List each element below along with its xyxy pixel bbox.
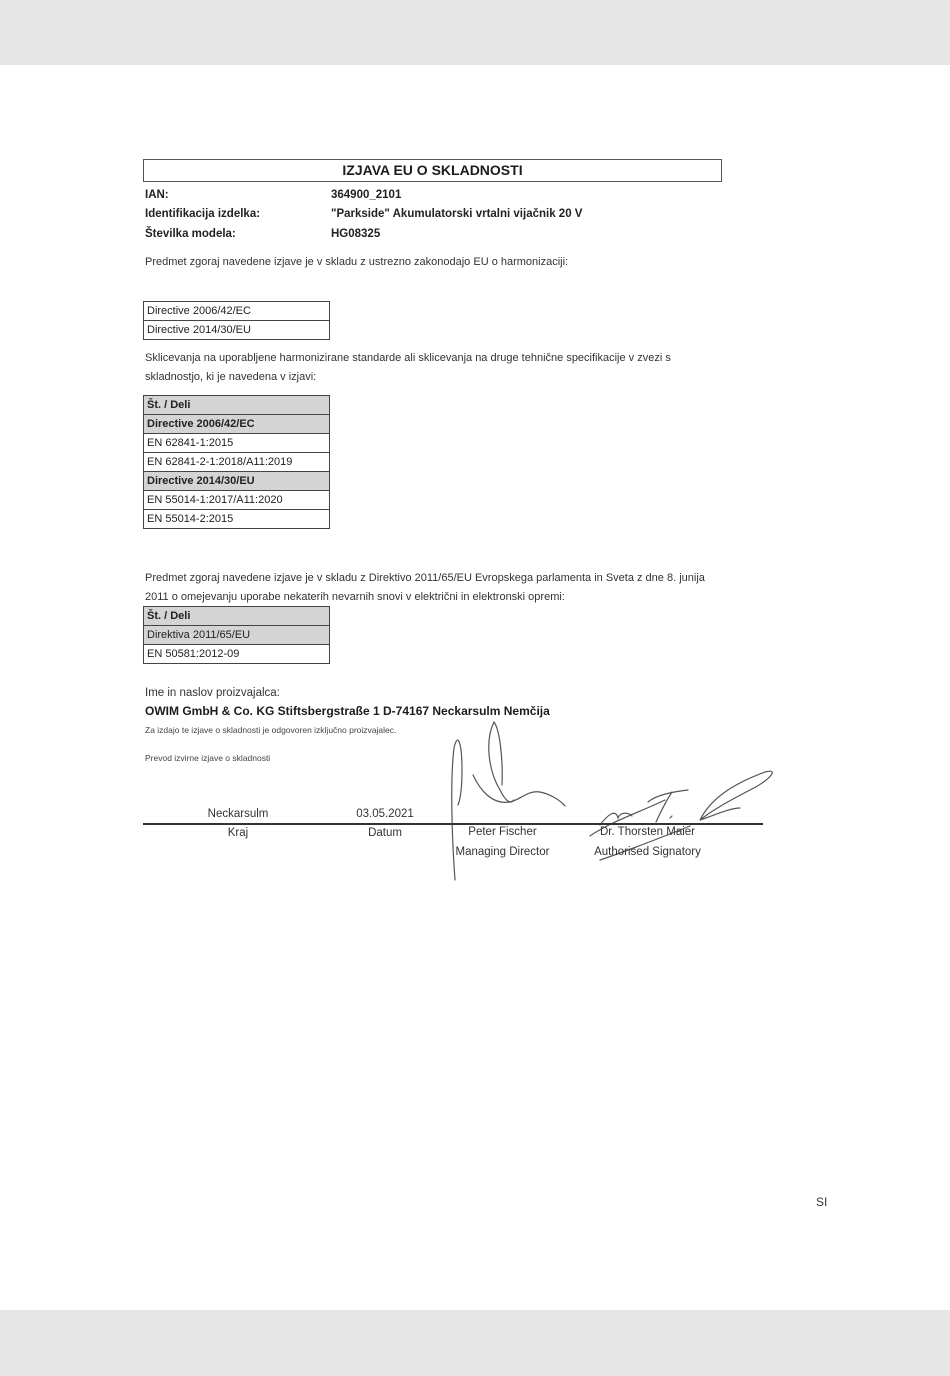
table-section-cell: Directive 2014/30/EU <box>144 472 330 491</box>
rohs-table: Št. / DeliDirektiva 2011/65/EUEN 50581:2… <box>143 606 330 664</box>
document-page <box>0 65 950 1310</box>
viewer-top-band <box>0 0 950 65</box>
signer1-role: Managing Director <box>440 846 565 858</box>
product-id-label: Identifikacija izdelka: <box>145 208 260 220</box>
manufacturer-label: Ime in naslov proizvajalca: <box>145 687 280 699</box>
place-value: Neckarsulm <box>178 808 298 820</box>
table-header-cell: Št. / Deli <box>144 396 330 415</box>
table-cell: EN 55014-2:2015 <box>144 510 330 529</box>
ian-value: 364900_2101 <box>331 189 401 201</box>
viewer-bottom-band <box>0 1310 950 1376</box>
table-section-cell: Direktiva 2011/65/EU <box>144 626 330 645</box>
responsibility-note: Za izdajo te izjave o skladnosti je odgo… <box>145 725 396 735</box>
signer1-name: Peter Fischer <box>440 826 565 838</box>
signature-line <box>143 823 763 825</box>
model-number-label: Številka modela: <box>145 228 236 240</box>
table-section-cell: Directive 2006/42/EC <box>144 415 330 434</box>
ian-label: IAN: <box>145 189 169 201</box>
language-page-code: SI <box>816 1195 827 1209</box>
signer2-name: Dr. Thorsten Maier <box>580 826 715 838</box>
document-title: IZJAVA EU O SKLADNOSTI <box>143 159 722 182</box>
table-cell: EN 62841-2-1:2018/A11:2019 <box>144 453 330 472</box>
model-number-value: HG08325 <box>331 228 380 240</box>
translation-note: Prevod izvirne izjave o skladnosti <box>145 753 270 763</box>
table-cell: EN 62841-1:2015 <box>144 434 330 453</box>
date-value: 03.05.2021 <box>325 808 445 820</box>
table-cell: EN 55014-1:2017/A11:2020 <box>144 491 330 510</box>
rohs-intro: Predmet zgoraj navedene izjave je v skla… <box>145 569 710 607</box>
place-label: Kraj <box>178 827 298 839</box>
standards-table: Št. / DeliDirective 2006/42/ECEN 62841-1… <box>143 395 330 529</box>
directive-cell: Directive 2014/30/EU <box>144 321 330 340</box>
directive-cell: Directive 2006/42/EC <box>144 302 330 321</box>
harmonisation-intro: Predmet zgoraj navedene izjave je v skla… <box>145 253 568 272</box>
date-label: Datum <box>325 827 445 839</box>
table-cell: EN 50581:2012-09 <box>144 645 330 664</box>
table-header-cell: Št. / Deli <box>144 607 330 626</box>
standards-intro: Sklicevanja na uporabljene harmonizirane… <box>145 349 705 387</box>
manufacturer-address: OWIM GmbH & Co. KG Stiftsbergstraße 1 D-… <box>145 704 550 718</box>
signer2-role: Authorised Signatory <box>580 846 715 858</box>
product-id-value: "Parkside" Akumulatorski vrtalni vijačni… <box>331 208 582 220</box>
directives-table: Directive 2006/42/EC Directive 2014/30/E… <box>143 301 330 340</box>
